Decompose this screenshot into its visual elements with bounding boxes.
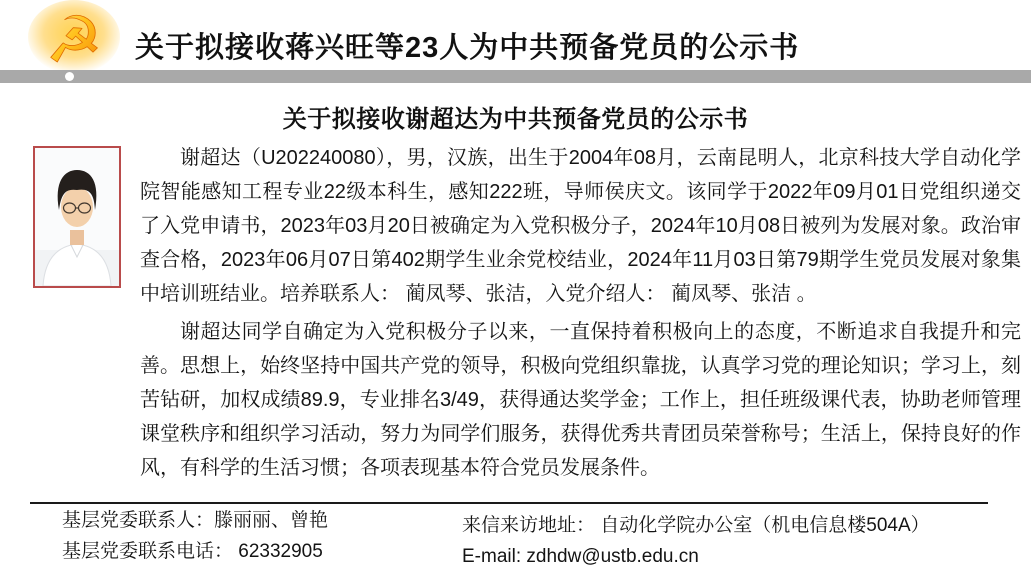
slide-progress-dot xyxy=(65,72,74,81)
document-title: 关于拟接收谢超达为中共预备党员的公示书 xyxy=(0,99,1031,134)
visit-address: 来信来访地址： 自动化学院办公室（机电信息楼504A） xyxy=(462,510,930,541)
footer-left-column: 基层党委联系人：滕丽丽、曾艳 基层党委联系电话： 62332905 xyxy=(62,505,328,567)
email-address: E-mail: zdhdw@ustb.edu.cn xyxy=(462,541,930,572)
svg-text:☭: ☭ xyxy=(45,4,102,76)
paragraph-applicant-performance: 谢超达同学自确定为入党积极分子以来，一直保持着积极向上的态度，不断追求自我提升和… xyxy=(140,315,1021,485)
header-title: 关于拟接收蒋兴旺等23人为中共预备党员的公示书 xyxy=(135,25,799,66)
announcement-slide: ☭ 关于拟接收蒋兴旺等23人为中共预备党员的公示书 关于拟接收谢超达为中共预备党… xyxy=(0,0,1031,579)
footer-right-column: 来信来访地址： 自动化学院办公室（机电信息楼504A） E-mail: zdhd… xyxy=(462,510,930,572)
footer-divider xyxy=(30,502,988,504)
paragraph-applicant-bio: 谢超达（U202240080），男，汉族，出生于2004年08月，云南昆明人，北… xyxy=(140,141,1021,311)
committee-contact-phone: 基层党委联系电话： 62332905 xyxy=(62,536,328,567)
header-divider-bar xyxy=(0,70,1031,83)
applicant-photo xyxy=(33,146,121,288)
document-body: 谢超达（U202240080），男，汉族，出生于2004年08月，云南昆明人，北… xyxy=(140,141,1021,485)
party-emblem-icon: ☭ xyxy=(26,0,122,76)
committee-contact-person: 基层党委联系人：滕丽丽、曾艳 xyxy=(62,505,328,536)
